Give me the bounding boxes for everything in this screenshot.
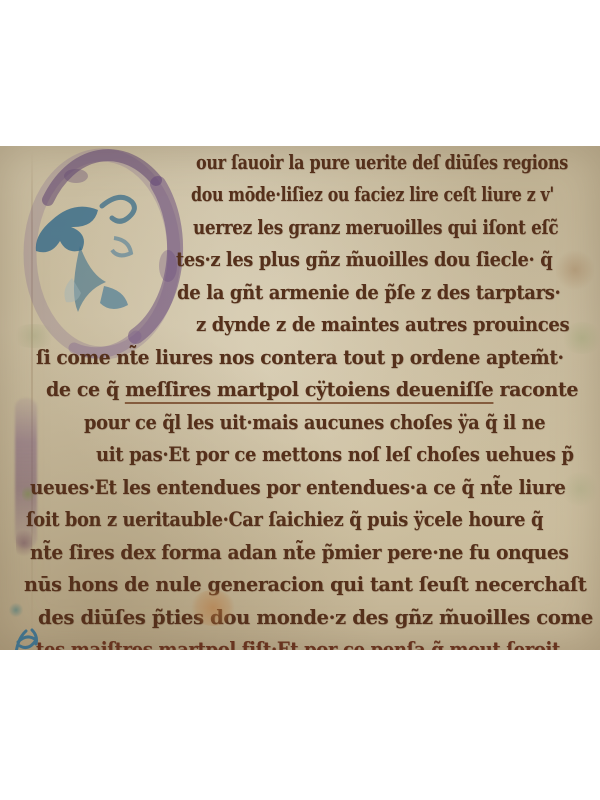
text-segment: de ce q̃ xyxy=(46,377,125,401)
text-line: ſi come nt̃e liures nos contera tout p o… xyxy=(36,345,564,369)
text-segment: raconte xyxy=(493,377,578,401)
text-line: our ſauoir la pure uerite deſ diūſes reg… xyxy=(196,150,568,174)
text-line: z dynde z de maintes autres prouinces xyxy=(196,312,569,336)
teal-margin-mark xyxy=(8,602,24,618)
manuscript-photo: our ſauoir la pure uerite deſ diūſes reg… xyxy=(0,146,600,650)
text-line: dou mōde·liſiez ou faciez lire ceſt liur… xyxy=(191,182,554,206)
paraph-drawing xyxy=(8,628,48,650)
text-line: tes maiſtres martpol fiſt·Et por ce penſ… xyxy=(36,637,560,650)
text-line: tes·z les plus gñz m̃uoilles dou ſiecle·… xyxy=(176,247,552,271)
brown-smudge xyxy=(556,248,594,292)
text-line: ſoit bon z ueritauble·Car ſaichiez q̃ pu… xyxy=(26,507,543,531)
screenshot-canvas: our ſauoir la pure uerite deſ diūſes reg… xyxy=(0,0,600,800)
reader-underline: meſſires martpol cÿtoiens deueniſſe xyxy=(125,377,493,404)
text-line: de la gñt armenie de p̃ſe z des tarptars… xyxy=(177,280,560,304)
blue-paraph-mark xyxy=(8,628,48,650)
text-line: uit pas·Et por ce mettons noſ leſ choſes… xyxy=(96,442,574,466)
text-line: de ce q̃ meſſires martpol cÿtoiens deuen… xyxy=(46,377,578,401)
initial-ornament-drawing xyxy=(16,148,188,364)
green-tinge xyxy=(560,472,600,506)
text-line: nt̃e ſires dex forma adan nt̃e p̃mier pe… xyxy=(30,540,568,564)
text-line: des diūſes p̃ties dou monde·z des gñz m̃… xyxy=(38,605,593,629)
text-line: pour ce q̃l les uit·mais aucunes choſes … xyxy=(84,410,545,434)
text-line: ueues·Et les entendues por entendues·a c… xyxy=(30,475,565,499)
illuminated-initial-P xyxy=(16,148,188,364)
text-line: nūs hons de nule generacion qui tant ſeu… xyxy=(24,572,586,596)
text-line: uerrez les granz meruoilles qui iſont eſ… xyxy=(193,215,558,239)
